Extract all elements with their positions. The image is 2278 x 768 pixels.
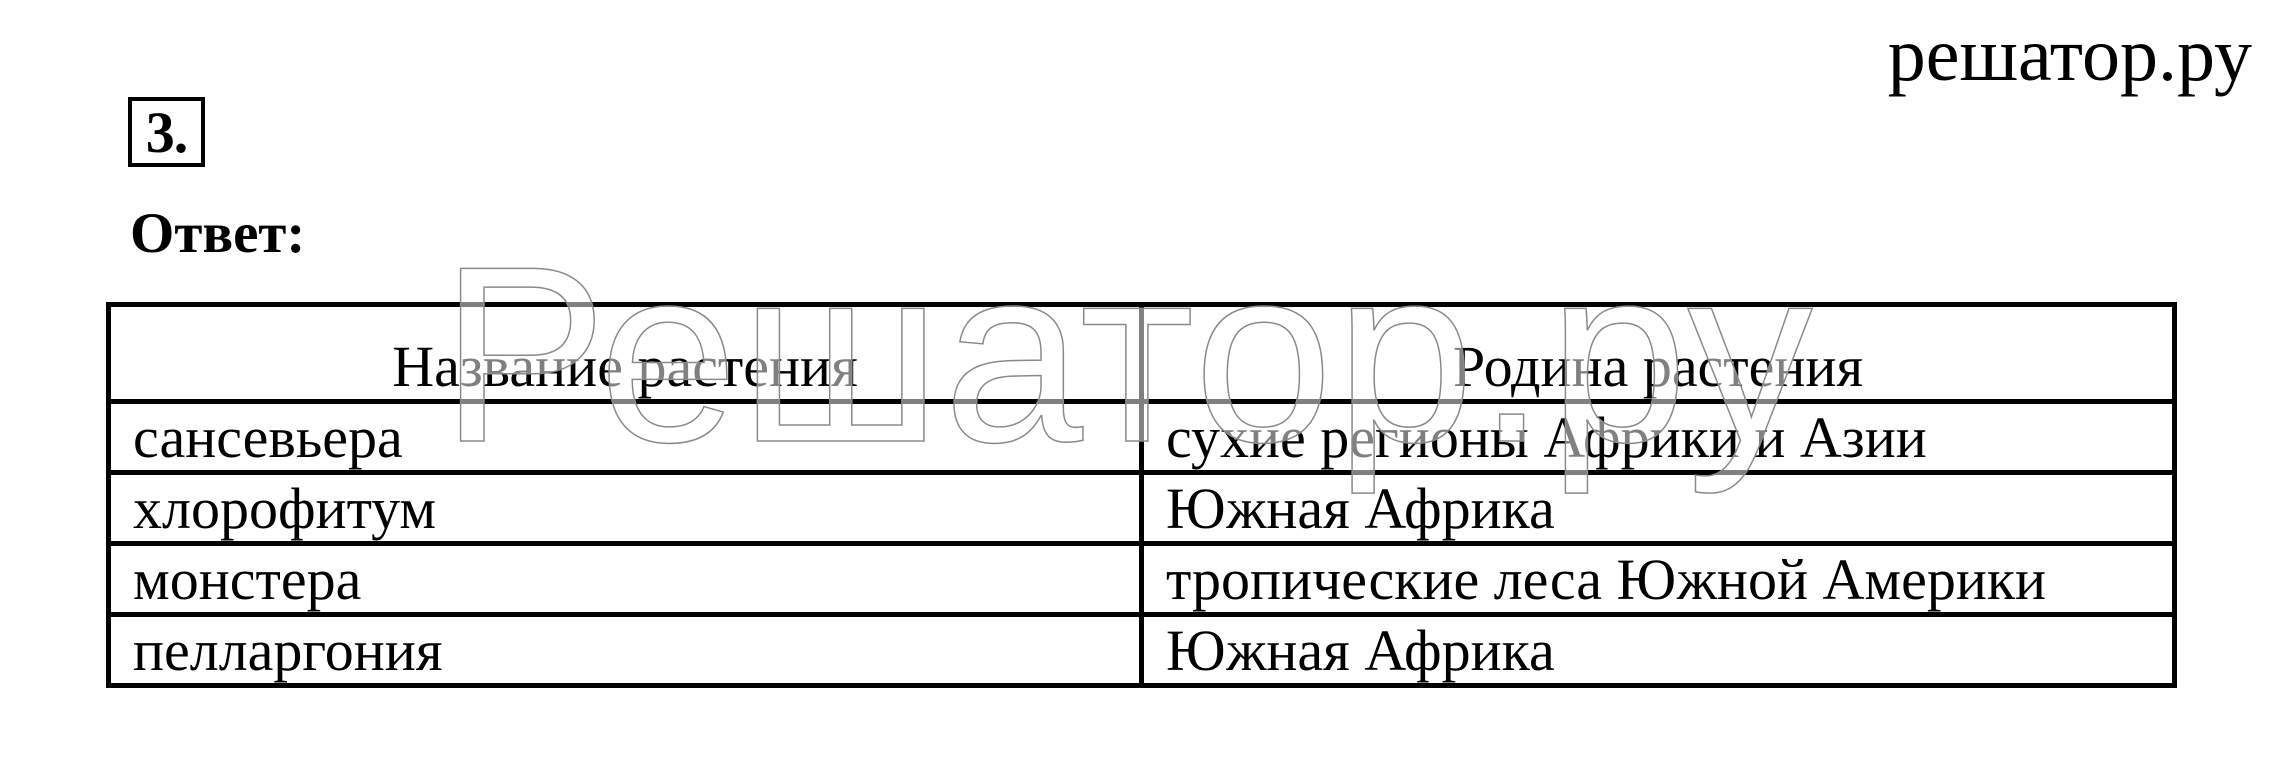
plant-origin-cell: Южная Африка (1142, 615, 2175, 686)
table-row: сансевьера сухие регионы Африки и Азии (109, 402, 2175, 473)
plant-origin-cell: Южная Африка (1142, 473, 2175, 544)
plant-origin-cell: тропические леса Южной Америки (1142, 544, 2175, 615)
table-header-row: Название растения Родина растения (109, 305, 2175, 402)
plant-name-cell: сансевьера (109, 402, 1142, 473)
answer-heading: Ответ: (130, 200, 305, 268)
header-plant-origin: Родина растения (1142, 305, 2175, 402)
plants-table: Название растения Родина растения сансев… (106, 302, 2177, 688)
table-row: монстера тропические леса Южной Америки (109, 544, 2175, 615)
task-number-badge: 3. (128, 97, 205, 167)
plant-name-cell: пелларгония (109, 615, 1142, 686)
table-row: хлорофитум Южная Африка (109, 473, 2175, 544)
table-row: пелларгония Южная Африка (109, 615, 2175, 686)
plant-name-cell: хлорофитум (109, 473, 1142, 544)
site-brand: решатор.ру (1888, 10, 2252, 100)
plant-name-cell: монстера (109, 544, 1142, 615)
header-plant-name: Название растения (109, 305, 1142, 402)
plant-origin-cell: сухие регионы Африки и Азии (1142, 402, 2175, 473)
